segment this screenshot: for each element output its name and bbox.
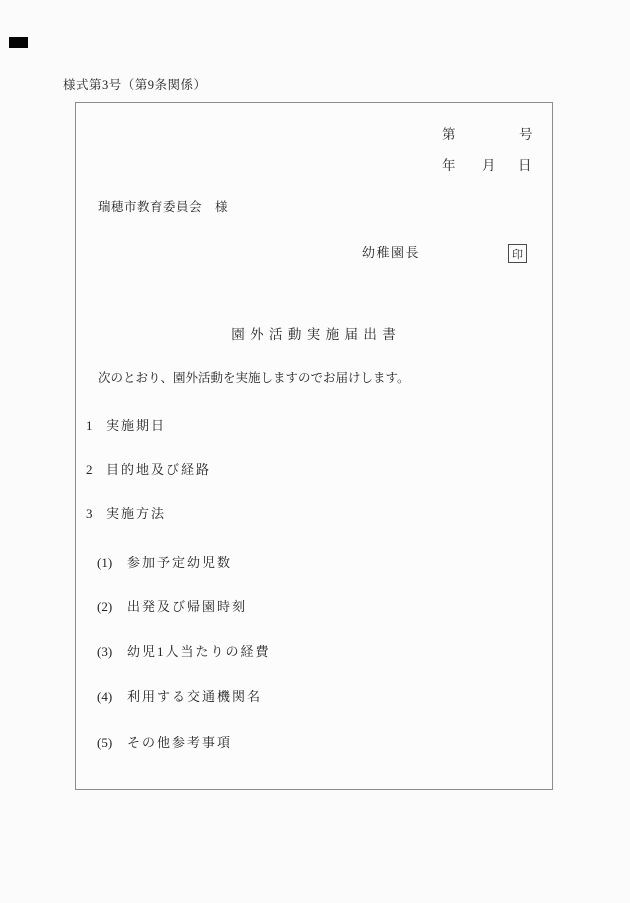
- addressee: 瑞穂市教育委員会 様: [98, 200, 228, 214]
- sub-item-2-label: 出発及び帰園時刻: [127, 600, 247, 615]
- sub-item-1-number: (1): [97, 556, 112, 571]
- sub-item-3-label: 幼児1人当たりの経費: [127, 645, 271, 660]
- doc-number-suffix: 号: [519, 127, 533, 143]
- seal-mark: 印: [512, 246, 523, 262]
- sub-item-5-label: その他参考事項: [127, 736, 232, 751]
- sub-item-1-label: 参加予定幼児数: [127, 556, 232, 571]
- item-3-number: 3: [86, 507, 93, 522]
- date-day-label: 日: [518, 158, 532, 174]
- sub-item-2-number: (2): [97, 600, 112, 615]
- item-2-label: 目的地及び経路: [106, 463, 211, 478]
- scan-artifact-mark: [9, 37, 28, 48]
- sub-item-4-number: (4): [97, 690, 112, 705]
- document-title: 園 外 活 動 実 施 届 出 書: [75, 327, 553, 343]
- item-3-label: 実施方法: [106, 507, 166, 522]
- sub-item-3-number: (3): [97, 645, 112, 660]
- item-1-number: 1: [86, 419, 93, 434]
- sub-item-5-number: (5): [97, 736, 112, 751]
- item-1-label: 実施期日: [106, 419, 166, 434]
- sender-title: 幼稚園長: [362, 246, 420, 261]
- seal-placeholder-box: 印: [508, 244, 527, 263]
- date-month-label: 月: [482, 158, 496, 174]
- item-2-number: 2: [86, 463, 93, 478]
- doc-number-prefix: 第: [442, 127, 456, 143]
- date-year-label: 年: [442, 158, 456, 174]
- body-text: 次のとおり、園外活動を実施しますのでお届けします。: [98, 371, 410, 385]
- form-number-label: 様式第3号（第9条関係）: [63, 78, 207, 92]
- sub-item-4-label: 利用する交通機関名: [127, 690, 262, 705]
